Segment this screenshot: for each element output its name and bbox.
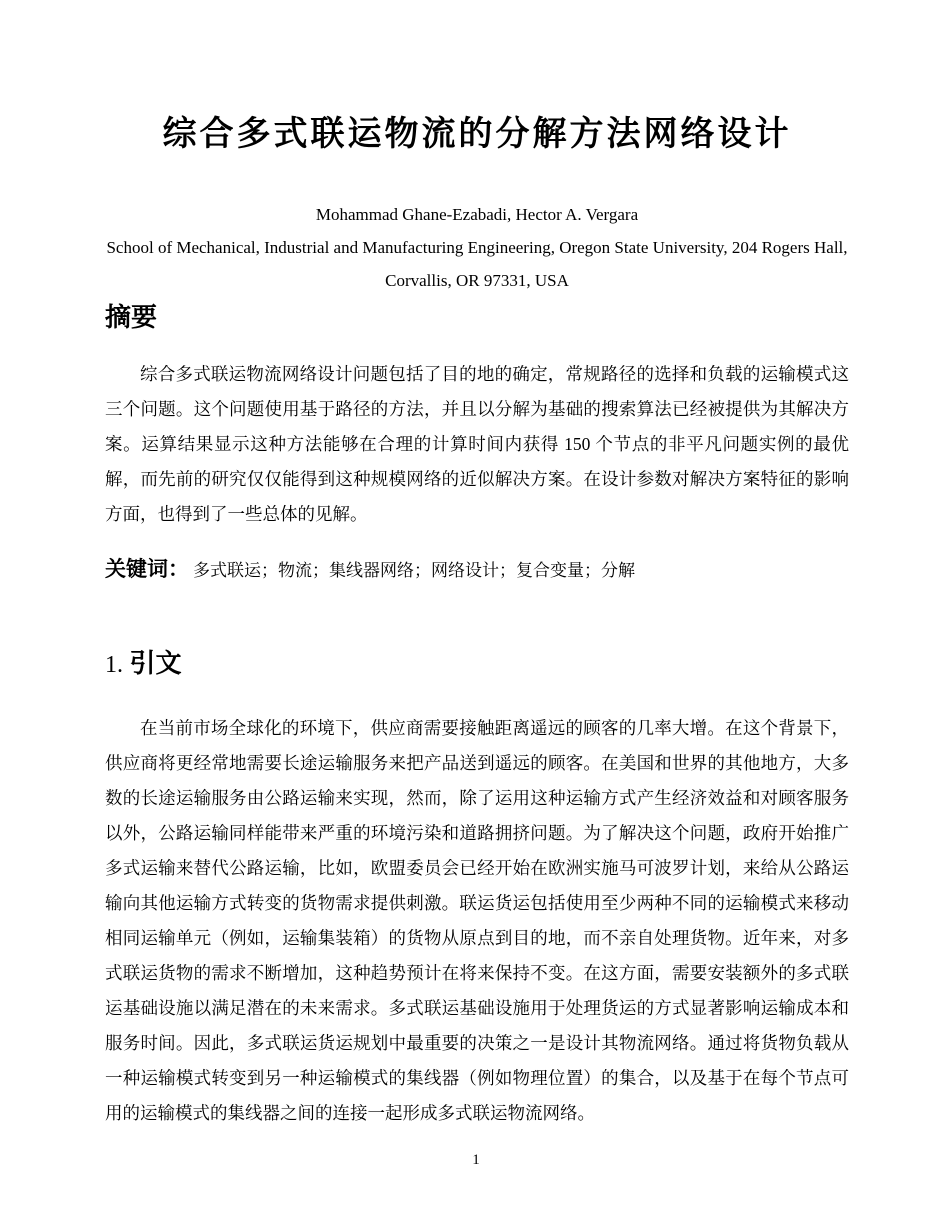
introduction-paragraph: 在当前市场全球化的环境下，供应商需要接触距离遥远的顾客的几率大增。在这个背景下，… — [105, 711, 849, 1131]
keywords-line: 关键词： 多式联运；物流；集线器网络；网络设计；复合变量；分解 — [105, 552, 849, 589]
keywords-label: 关键词： — [105, 558, 189, 581]
affiliation-line-1: School of Mechanical, Industrial and Man… — [105, 231, 849, 264]
page-number: 1 — [0, 1152, 952, 1169]
keywords-content: 多式联运；物流；集线器网络；网络设计；复合变量；分解 — [193, 561, 635, 580]
authors-line: Mohammad Ghane-Ezabadi, Hector A. Vergar… — [105, 198, 849, 231]
affiliation-line-2: Corvallis, OR 97331, USA — [105, 264, 849, 297]
section-title: 引文 — [130, 648, 182, 678]
document-page: 综合多式联运物流的分解方法网络设计 Mohammad Ghane-Ezabadi… — [0, 0, 952, 1232]
abstract-paragraph: 综合多式联运物流网络设计问题包括了目的地的确定，常规路径的选择和负载的运输模式这… — [105, 357, 849, 532]
section-number: 1. — [105, 652, 123, 678]
byline-block: Mohammad Ghane-Ezabadi, Hector A. Vergar… — [105, 198, 849, 297]
page-title: 综合多式联运物流的分解方法网络设计 — [105, 112, 849, 156]
abstract-heading: 摘要 — [105, 299, 849, 335]
section-heading-introduction: 1. 引文 — [105, 645, 849, 683]
